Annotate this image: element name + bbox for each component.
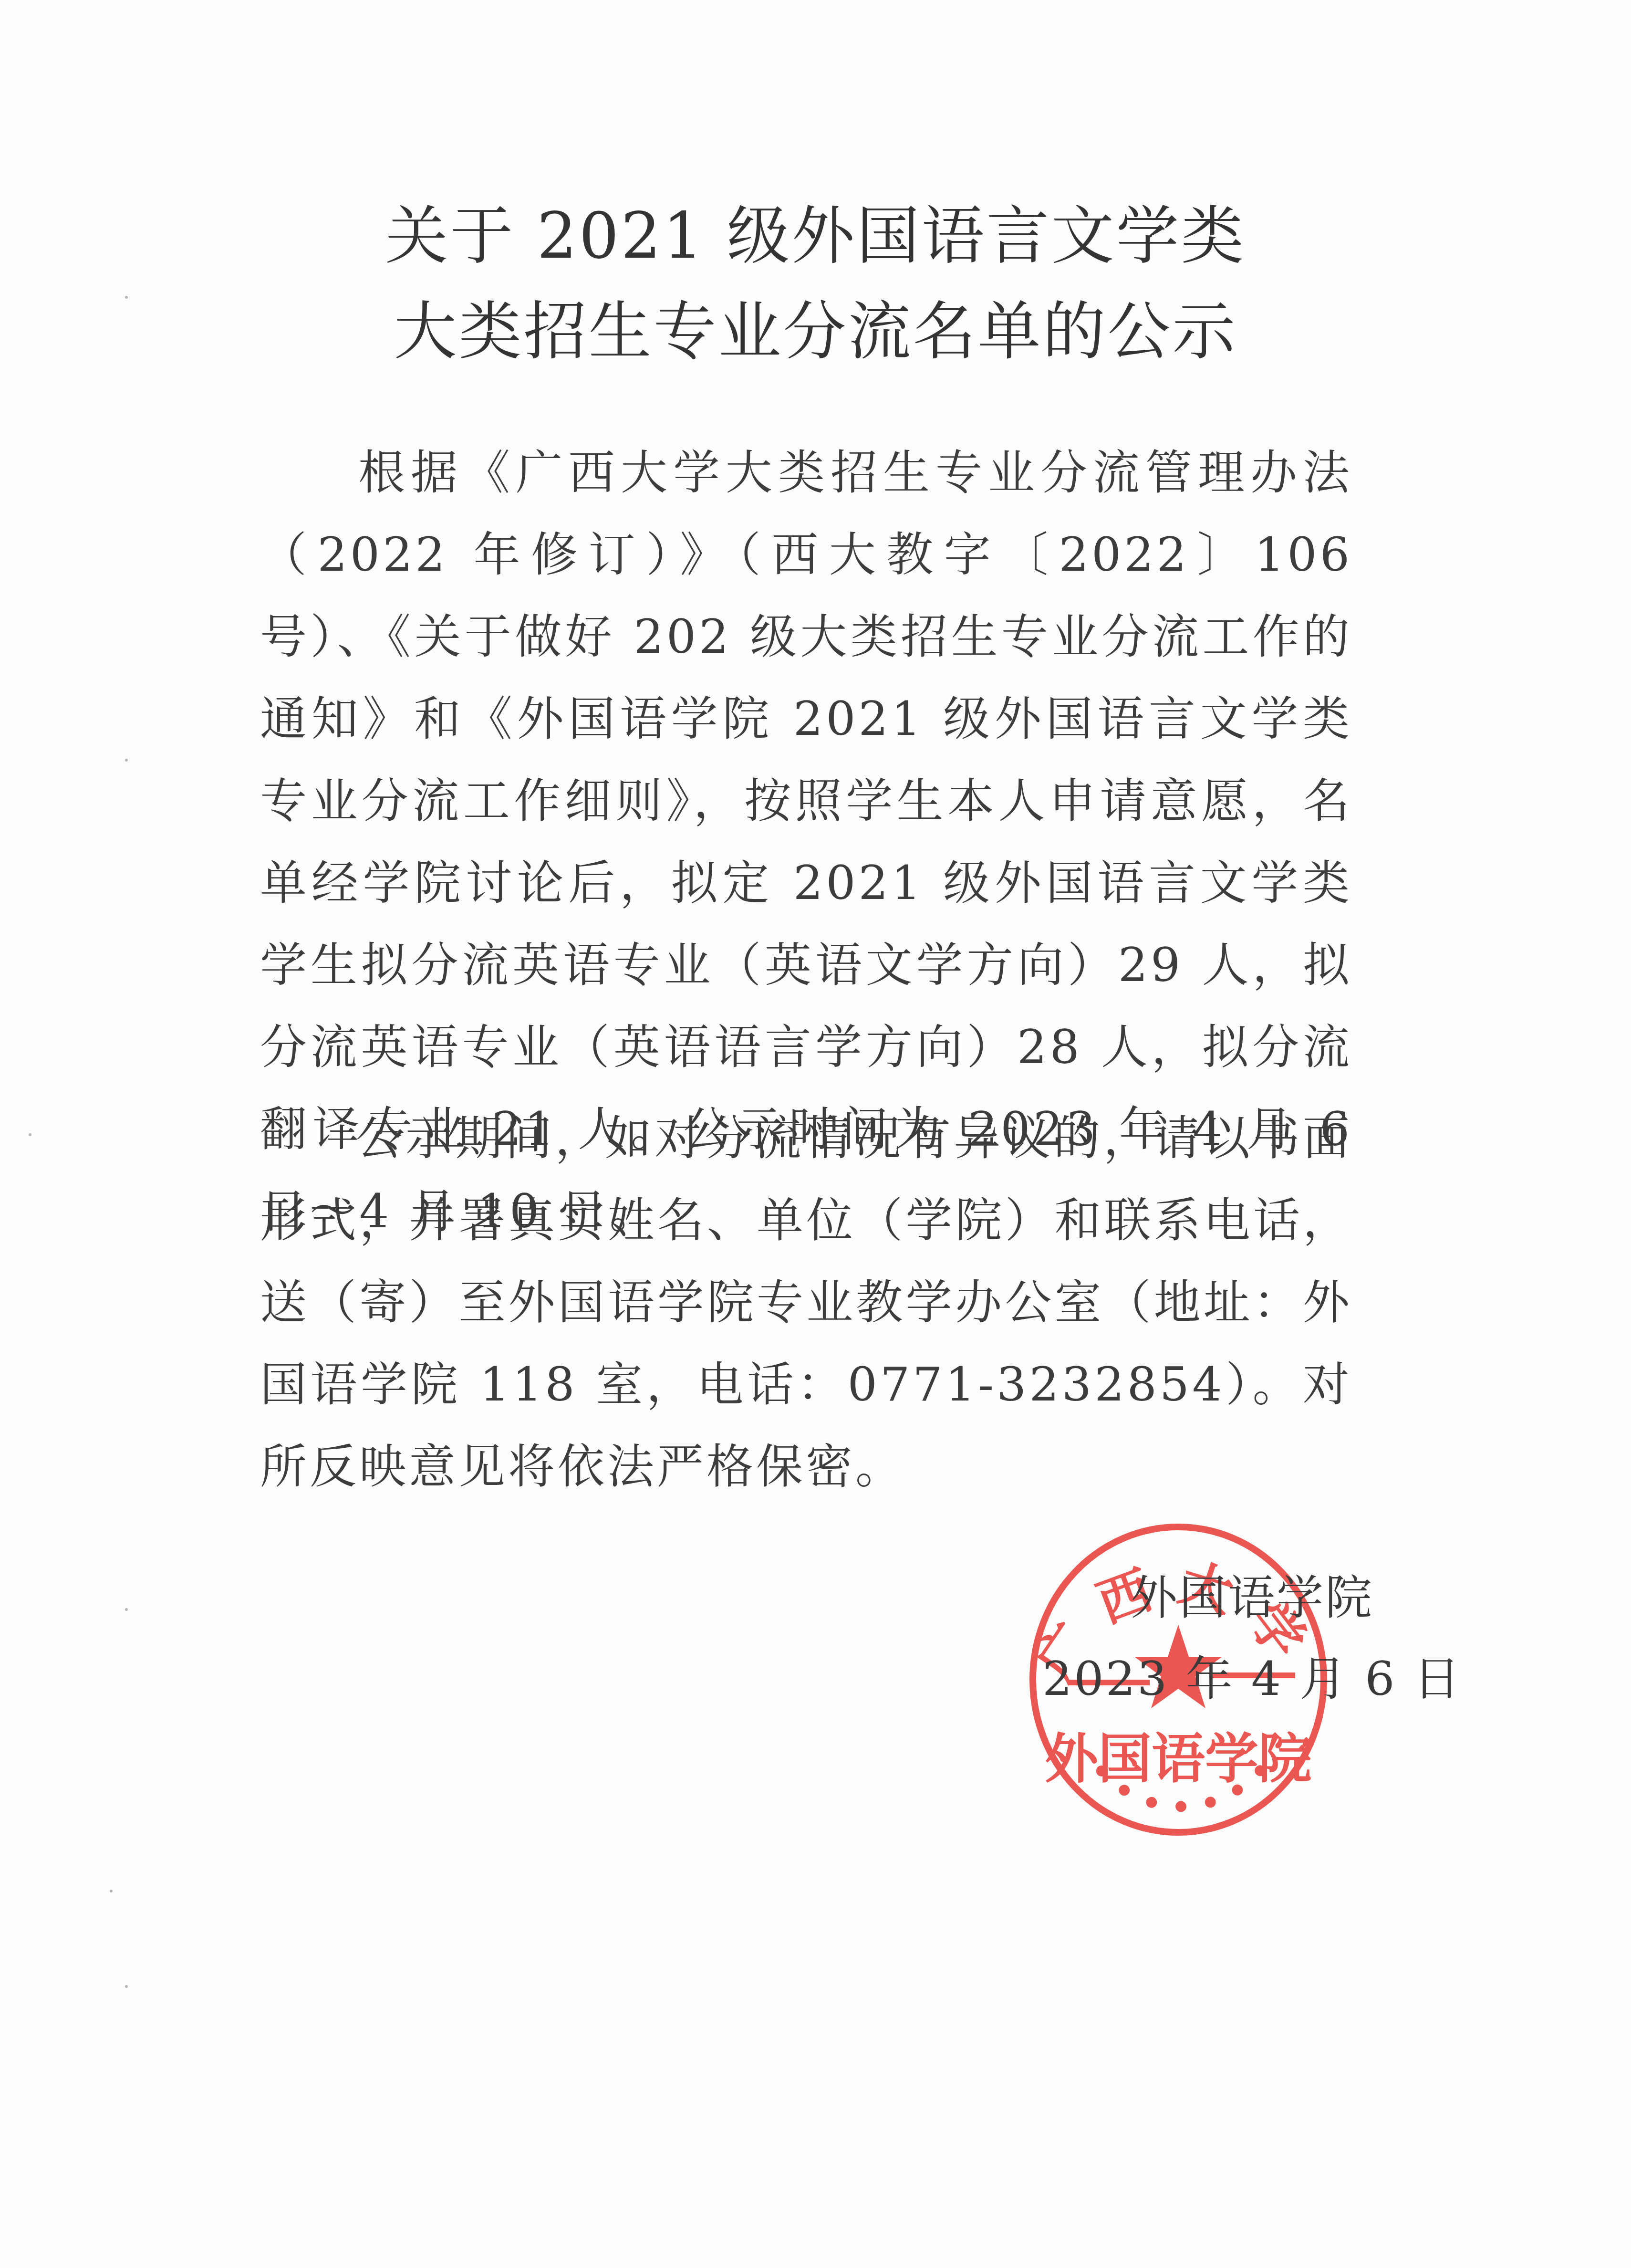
signature-organization: 外国语学院: [1131, 1560, 1374, 1628]
paragraph-2-text: 公示期间，如对分流情况有异议的，请以书面形式，并署真实姓名、单位（学院）和联系电…: [260, 1111, 1352, 1494]
scan-speck: [125, 1985, 128, 1988]
document-title-line-2: 大类招生专业分流名单的公示: [0, 284, 1631, 379]
signature-date: 2023 年 4 月 6 日: [1042, 1641, 1462, 1709]
document-page: 关于 2021 级外国语言文学类 大类招生专业分流名单的公示 根据《广西大学大类…: [0, 0, 1631, 2268]
scan-speck: [29, 1133, 31, 1136]
document-title-line-1: 关于 2021 级外国语言文学类: [0, 188, 1631, 284]
scan-speck: [110, 1890, 113, 1892]
paragraph-2: 公示期间，如对分流情况有异议的，请以书面形式，并署真实姓名、单位（学院）和联系电…: [260, 1097, 1352, 1508]
scan-speck: [125, 759, 128, 762]
scan-speck: [125, 296, 128, 299]
stamp-center-text: 外国语学院: [1045, 1728, 1312, 1790]
scan-speck: [125, 1608, 128, 1611]
